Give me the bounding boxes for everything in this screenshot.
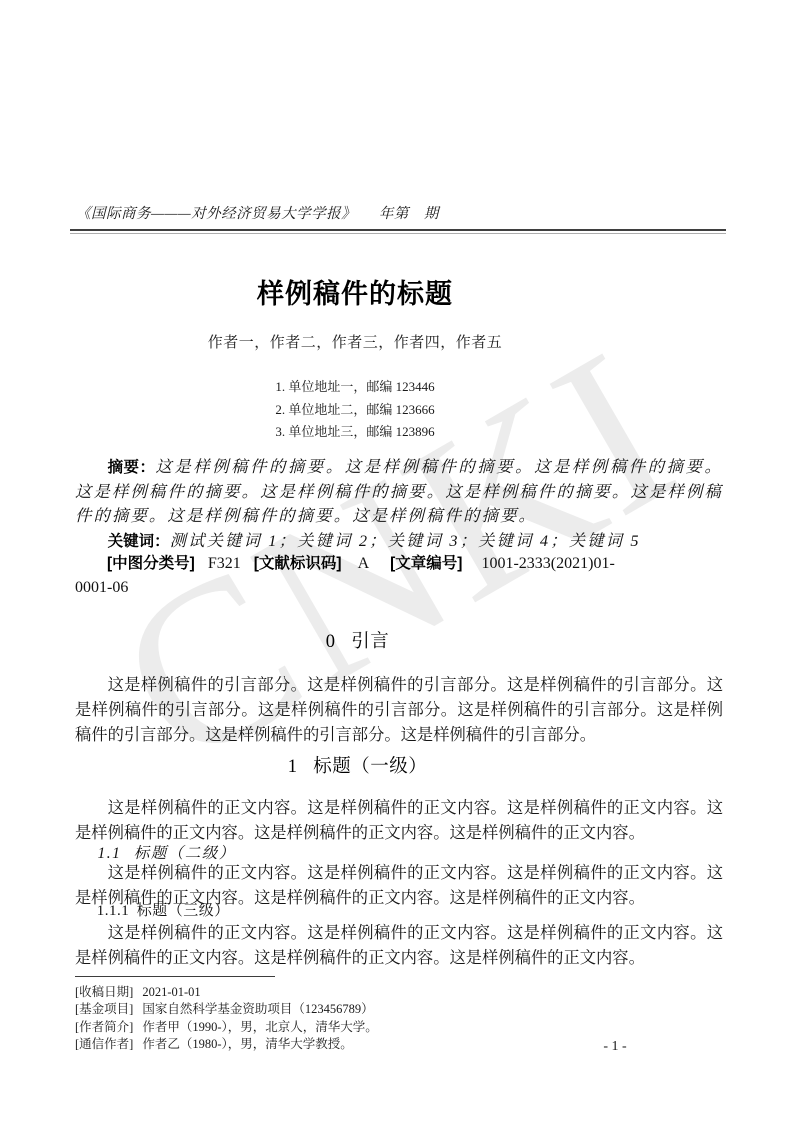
section-heading-text: 引言 [351,632,389,652]
keywords-label: 关键词： [108,533,170,550]
affiliation-line: 1. 单位地址一，邮编 123446 [75,376,635,399]
header-rule-dark [70,229,726,231]
classification-line: [中图分类号]F321[文献标识码]A[文章编号]1001-2333(2021)… [75,552,723,599]
doc-code-label: [文献标识码] [254,555,342,572]
abstract-paragraph: 摘要：这是样例稿件的摘要。这是样例稿件的摘要。这是样例稿件的摘要。这是样例稿件的… [75,455,723,529]
article-id-value: 1001-2333(2021)01- [481,555,614,572]
document-page: CNKI 《国际商务———对外经济贸易大学学报》 年第 期 样例稿件的标题 作者… [0,0,794,1123]
affiliation-line: 2. 单位地址二，邮编 123666 [75,399,635,422]
footnote-funding: [基金项目]国家自然科学基金资助项目（123456789） [75,1001,723,1018]
page-number: - 1 - [560,1039,670,1055]
footnote-separator [75,976,275,977]
page-content: 《国际商务———对外经济贸易大学学报》 年第 期 样例稿件的标题 作者一，作者二… [0,0,794,1123]
footnote-label: [作者简介] [75,1020,133,1034]
section-heading-text: 标题（一级） [313,757,427,777]
section-number: 1.1.1 [97,903,130,919]
authors-line: 作者一，作者二，作者三，作者四，作者五 [75,331,635,352]
footnote-text: 作者乙（1980-），男，清华大学教授。 [142,1037,352,1051]
section-heading-1: 1标题（一级） [75,752,640,778]
footnote-label: [基金项目] [75,1002,133,1016]
doc-code-value: A [358,555,370,572]
section-heading-1-1-1: 1.1.1标题（三级） [75,899,723,920]
abstract-text: 这是样例稿件的摘要。这是样例稿件的摘要。这是样例稿件的摘要。这是样例稿件的摘要。… [75,457,723,525]
section-heading-text: 标题（三级） [137,903,230,919]
footnote-received-date: [收稿日期]2021-01-01 [75,984,723,1001]
keywords-line: 关键词：测试关键词 1；关键词 2；关键词 3；关键词 4；关键词 5 [75,529,723,554]
affiliation-line: 3. 单位地址三，邮编 123896 [75,421,635,444]
clc-label: [中图分类号] [107,555,195,572]
section-heading-intro: 0引言 [75,627,640,653]
footnote-text: 2021-01-01 [142,985,200,999]
footnote-text: 国家自然科学基金资助项目（123456789） [142,1002,373,1016]
footnote-label: [收稿日期] [75,985,133,999]
intro-paragraph: 这是样例稿件的引言部分。这是样例稿件的引言部分。这是样例稿件的引言部分。这是样例… [75,672,723,748]
footnote-text: 作者甲（1990-），男，北京人，清华大学。 [142,1020,377,1034]
section-1-1-1-paragraph: 这是样例稿件的正文内容。这是样例稿件的正文内容。这是样例稿件的正文内容。这是样例… [75,920,723,970]
keywords-text: 测试关键词 1；关键词 2；关键词 3；关键词 4；关键词 5 [170,531,641,550]
article-id-value-continued: 0001-06 [75,579,128,596]
section-1-paragraph: 这是样例稿件的正文内容。这是样例稿件的正文内容。这是样例稿件的正文内容。这是样例… [75,795,723,845]
footnote-author-bio: [作者简介]作者甲（1990-），男，北京人，清华大学。 [75,1019,723,1036]
clc-value: F321 [208,555,241,572]
section-number: 1 [288,757,298,777]
footnote-label: [通信作者] [75,1037,133,1051]
section-number: 0 [326,632,336,652]
article-title: 样例稿件的标题 [75,272,635,311]
abstract-label: 摘要： [108,459,156,476]
affiliations-block: 1. 单位地址一，邮编 123446 2. 单位地址二，邮编 123666 3.… [75,376,635,444]
journal-header: 《国际商务———对外经济贸易大学学报》 年第 期 [76,202,439,223]
article-id-label: [文章编号] [390,555,462,572]
header-rule-light [70,233,726,234]
